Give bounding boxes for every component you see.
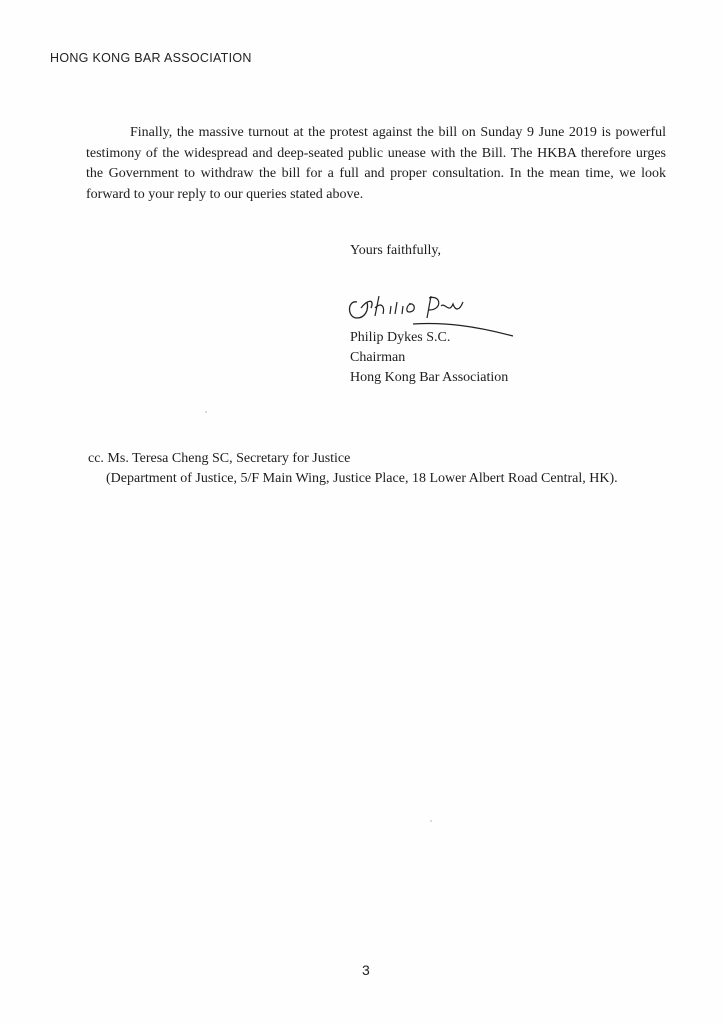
signatory-title: Chairman <box>350 348 508 368</box>
document-page: HONG KONG BAR ASSOCIATION Finally, the m… <box>0 0 724 1024</box>
signatory-organization: Hong Kong Bar Association <box>350 368 508 388</box>
scan-speck <box>430 820 432 822</box>
cc-line-1: cc. Ms. Teresa Cheng SC, Secretary for J… <box>88 449 618 469</box>
signatory-name: Philip Dykes S.C. <box>350 328 508 348</box>
paragraph-text: Finally, the massive turnout at the prot… <box>86 125 666 202</box>
scan-speck <box>205 411 207 413</box>
signature-block: Philip Dykes S.C. Chairman Hong Kong Bar… <box>350 328 508 388</box>
body-paragraph: Finally, the massive turnout at the prot… <box>86 123 666 205</box>
letterhead: HONG KONG BAR ASSOCIATION <box>50 51 252 65</box>
page-number: 3 <box>362 962 370 978</box>
closing-salutation: Yours faithfully, <box>350 243 441 259</box>
cc-block: cc. Ms. Teresa Cheng SC, Secretary for J… <box>88 449 618 489</box>
cc-line-2: (Department of Justice, 5/F Main Wing, J… <box>88 469 618 489</box>
